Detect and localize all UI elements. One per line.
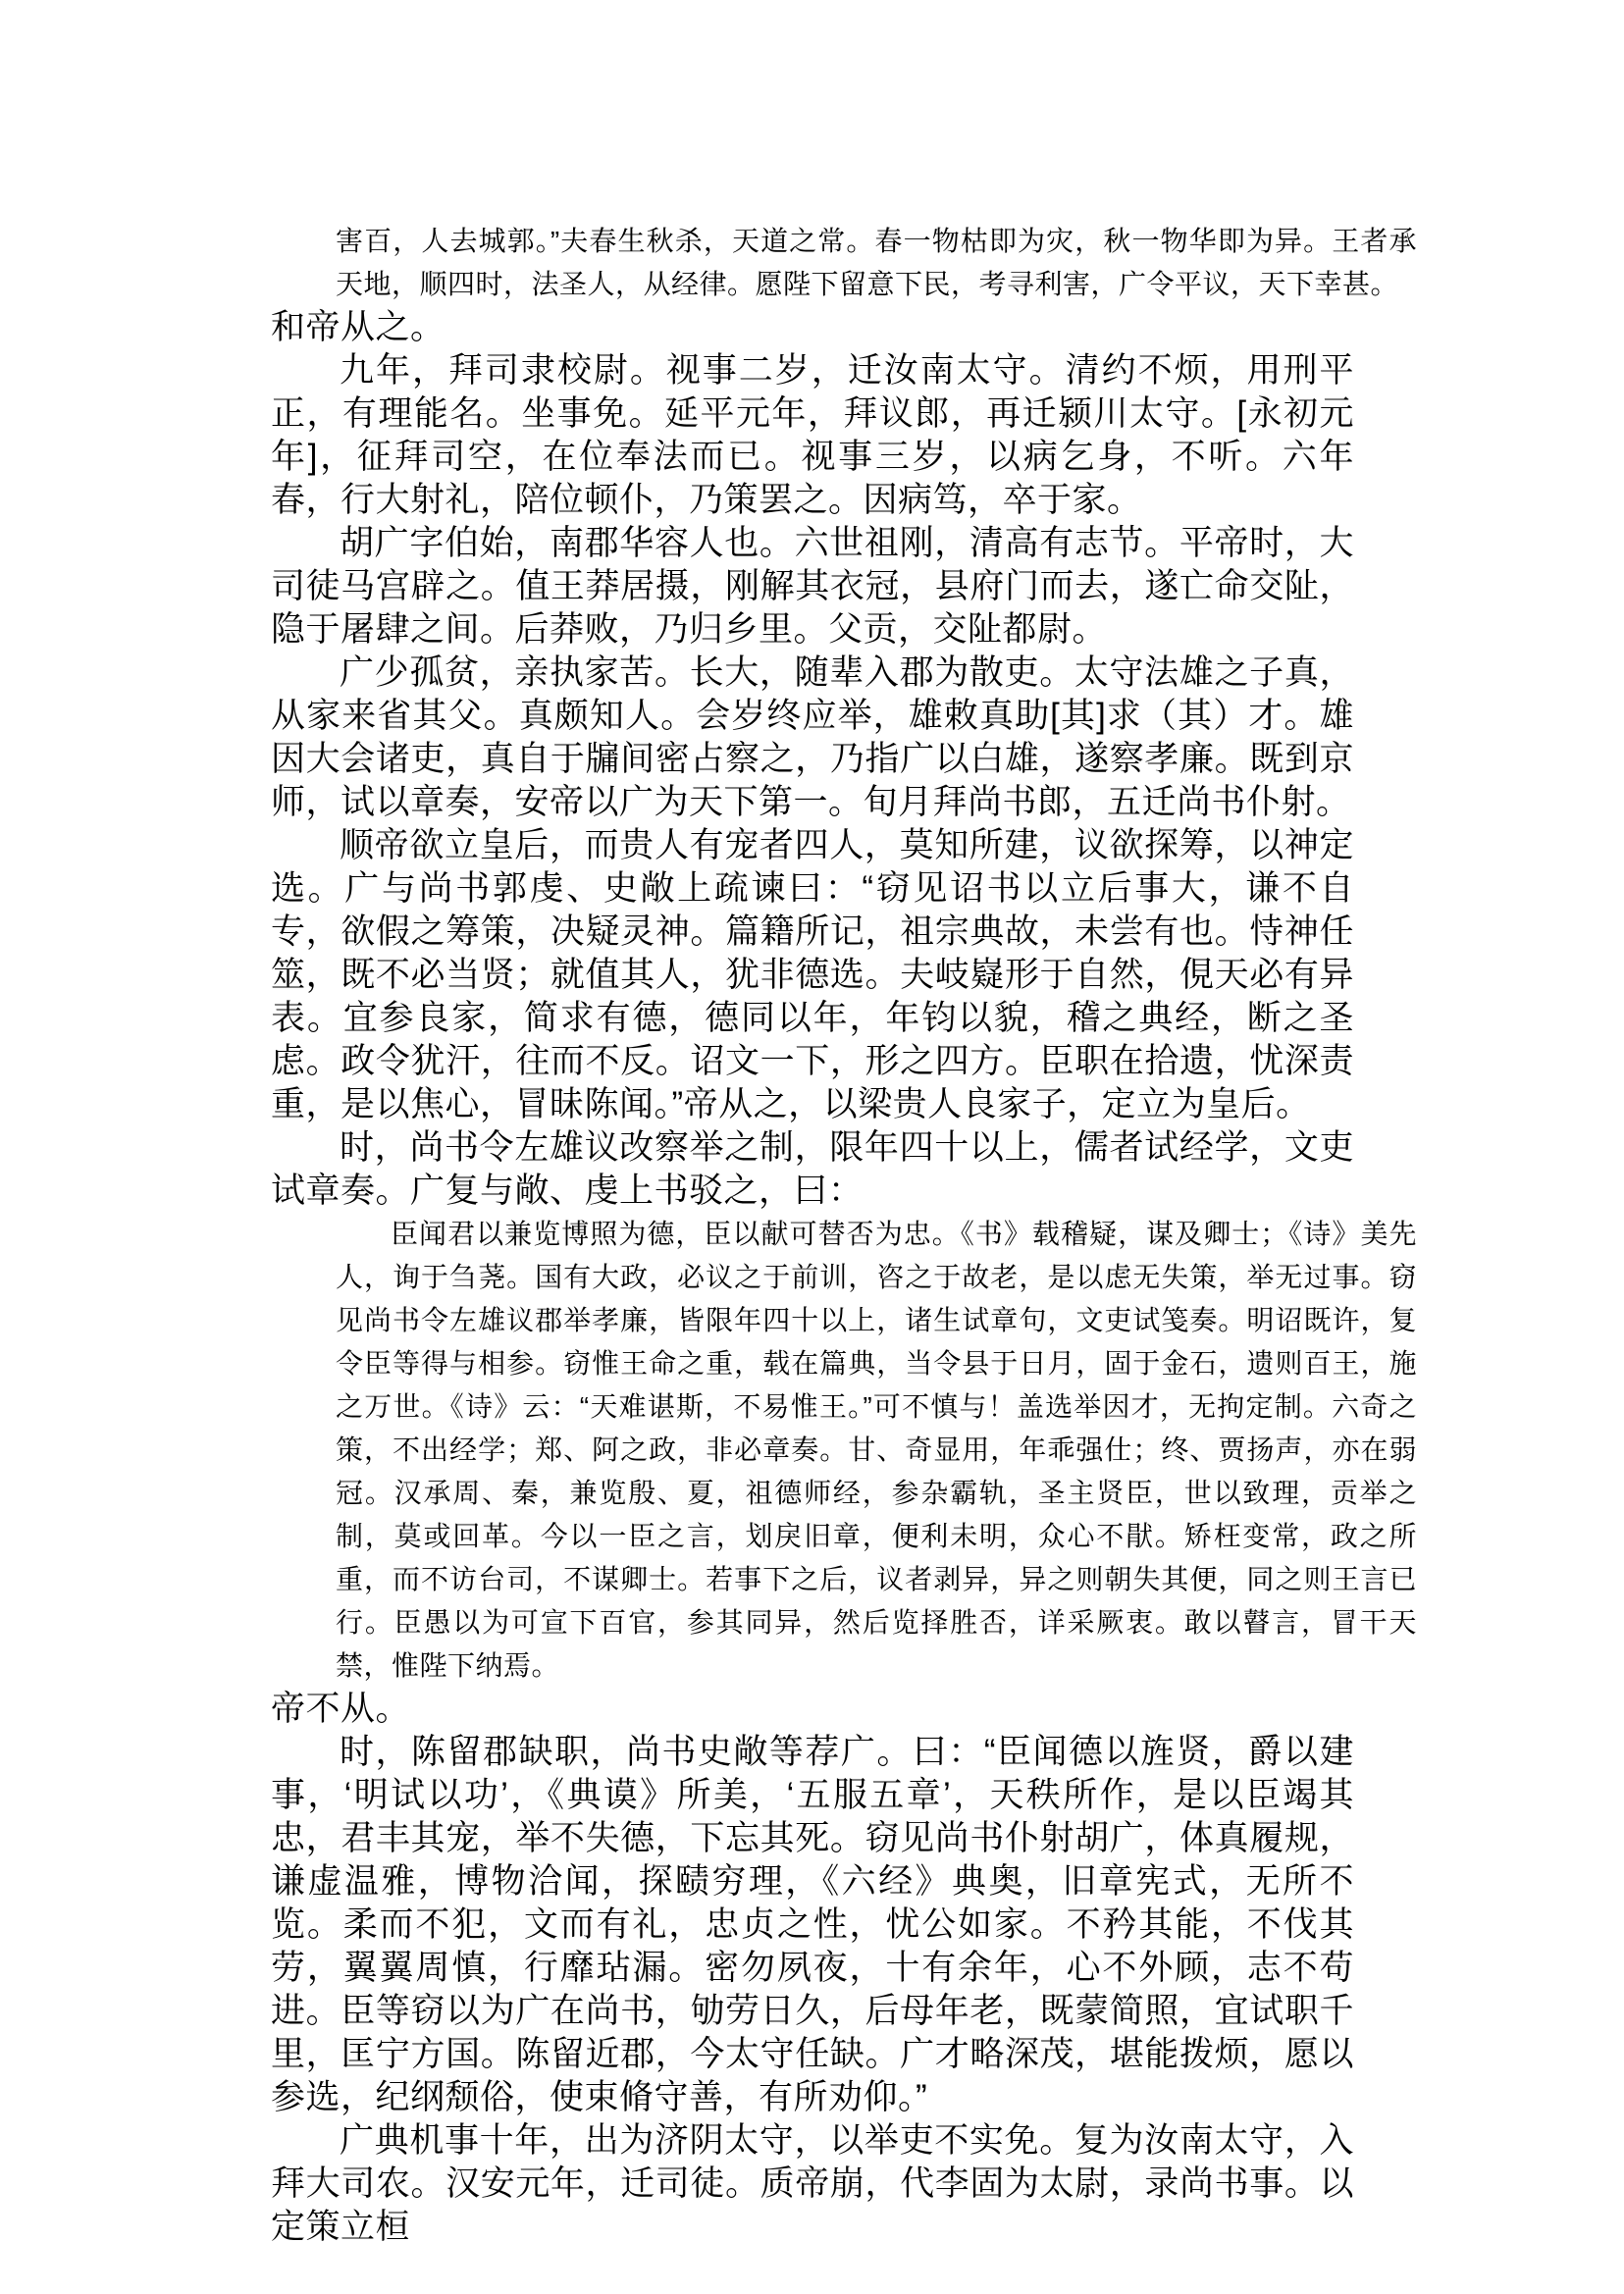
quote-continuation-memorial-ending: 害百，人去城郭。”夫春生秋杀，天道之常。春一物枯即为灾，秋一物华即为异。王者承天… xyxy=(336,220,1417,306)
paragraph-chenliu-recommendation: 时，陈留郡缺职，尚书史敞等荐广。曰：“臣闻德以旌贤，爵以建事，‘明试以功’，《典… xyxy=(271,1731,1354,2119)
paragraph-hedi-approval: 和帝从之。 xyxy=(271,306,1354,349)
quote-rebuttal-memorial: 臣闻君以兼览博照为德，臣以献可替否为忠。《书》载稽疑，谋及卿士；《诗》美先人，询… xyxy=(336,1213,1417,1688)
paragraph-zuoxiong-reform: 时，尚书令左雄议改察举之制，限年四十以上，儒者试经学，文吏试章奏。广复与敞、虔上… xyxy=(271,1126,1354,1213)
document-text-column: 害百，人去城郭。”夫春生秋杀，天道之常。春一物枯即为灾，秋一物华即为异。王者承天… xyxy=(271,220,1354,2249)
paragraph-huguang-origin: 胡广字伯始，南郡华容人也。六世祖刚，清高有志节。平帝时，大司徒马宫辟之。值王莽居… xyxy=(271,522,1354,652)
paragraph-emperor-refusal: 帝不从。 xyxy=(271,1688,1354,1731)
paragraph-huguang-youth: 广少孤贫，亲执家苦。长大，随辈入郡为散吏。太守法雄之子真，从家来省其父。真颇知人… xyxy=(271,652,1354,824)
paragraph-ninth-year-career: 九年，拜司隶校尉。视事二岁，迁汝南太守。清约不烦，用刑平正，有理能名。坐事免。延… xyxy=(271,349,1354,522)
document-page: 害百，人去城郭。”夫春生秋杀，天道之常。春一物枯即为灾，秋一物华即为异。王者承天… xyxy=(0,0,1624,2294)
paragraph-empress-selection: 顺帝欲立皇后，而贵人有宠者四人，莫知所建，议欲探筹，以神定选。广与尚书郭虔、史敞… xyxy=(271,824,1354,1126)
paragraph-later-career: 广典机事十年，出为济阴太守，以举吏不实免。复为汝南太守，入拜大司农。汉安元年，迁… xyxy=(271,2119,1354,2249)
